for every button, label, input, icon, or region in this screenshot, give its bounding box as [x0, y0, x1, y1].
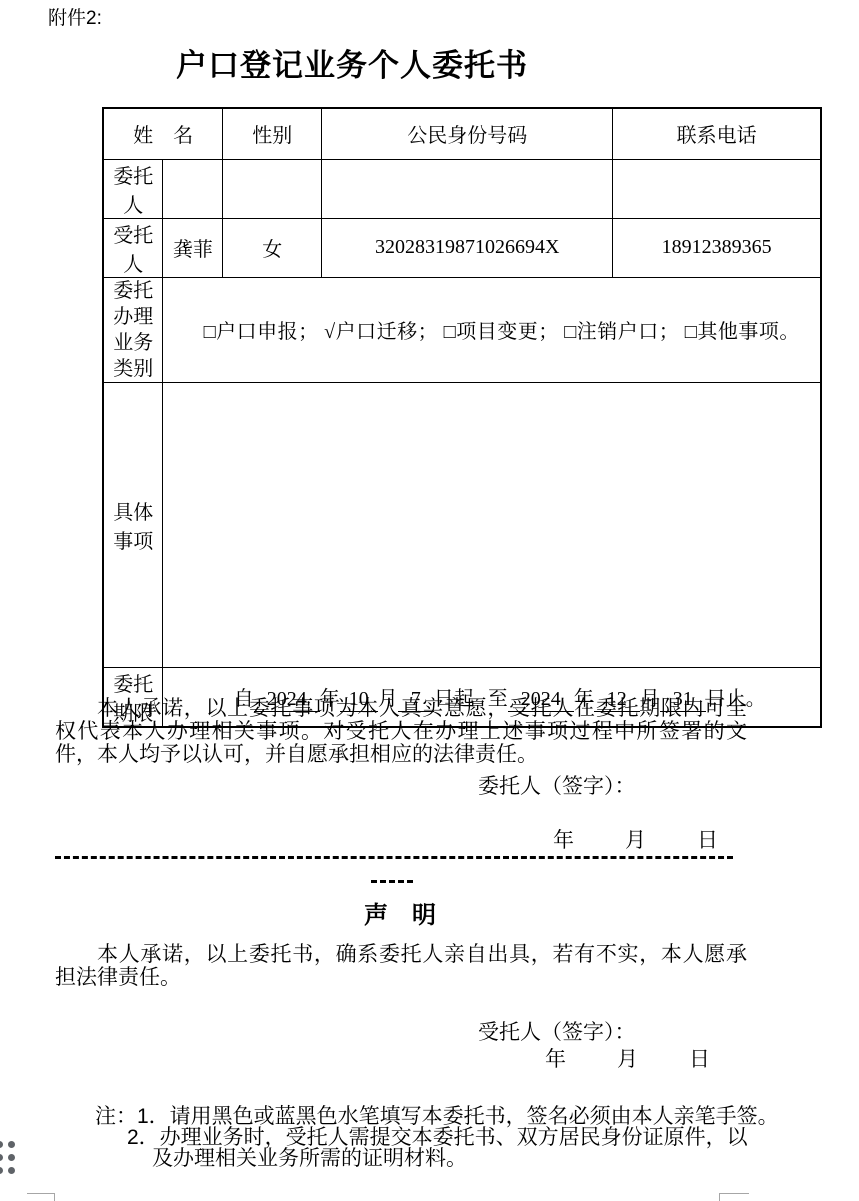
declaration-heading: 声 明	[55, 895, 745, 930]
declaration-date-line: 年 月 日	[545, 1043, 713, 1073]
business-type-label: 委托办理业务类别	[103, 277, 163, 382]
drag-handle-icon[interactable]	[0, 1141, 15, 1174]
page-split-dashed-rule-tail	[371, 880, 413, 883]
declaration-paragraph: 本人承诺，以上委托书，确系委托人亲自出具，若有不实，本人愿承担法律责任。	[55, 943, 747, 989]
page-corner-mark-left-icon	[27, 1193, 55, 1201]
drag-handle-dot	[0, 1154, 3, 1161]
principal-gender-cell	[223, 159, 322, 218]
attachment-label: 附件2:	[48, 3, 102, 30]
delegation-table: 姓 名 性别 公民身份号码 联系电话 委托人 受托人 龚菲 女 32028319…	[102, 107, 822, 728]
trustee-name-cell: 龚菲	[163, 218, 223, 277]
page-corner-mark-right-icon	[719, 1193, 749, 1201]
drag-handle-dot	[0, 1141, 3, 1148]
trustee-phone-cell: 18912389365	[613, 218, 821, 277]
page-title: 户口登记业务个人委托书	[0, 40, 704, 85]
specific-matters-label: 具体事项	[103, 382, 163, 667]
notes-block: 注：1．请用黑色或蓝黑色水笔填写本委托书，签名必须由本人亲笔手签。 2．办理业务…	[0, 1106, 859, 1169]
commitment-paragraph: 本人承诺，以上委托事项为本人真实意愿，受托人在委托期限内可全权代表本人办理相关事…	[55, 697, 747, 766]
principal-name-cell	[163, 159, 223, 218]
trustee-gender-cell: 女	[223, 218, 322, 277]
business-type-row: 委托办理业务类别 □户口申报； √户口迁移； □项目变更； □注销户口； □其他…	[103, 277, 821, 382]
trustee-row: 受托人 龚菲 女 32028319871026694X 18912389365	[103, 218, 821, 277]
principal-id-cell	[322, 159, 613, 218]
principal-phone-cell	[613, 159, 821, 218]
specific-matters-row: 具体事项	[103, 382, 821, 667]
page-split-dashed-rule	[55, 856, 733, 859]
header-phone: 联系电话	[613, 108, 821, 159]
trustee-label: 受托人	[103, 218, 163, 277]
drag-handle-dot	[8, 1167, 15, 1174]
drag-handle-dot	[8, 1154, 15, 1161]
principal-row: 委托人	[103, 159, 821, 218]
table-header-row: 姓 名 性别 公民身份号码 联系电话	[103, 108, 821, 159]
header-id-number: 公民身份号码	[322, 108, 613, 159]
principal-signature-label: 委托人（签字）：	[478, 770, 636, 800]
trustee-id-cell: 32028319871026694X	[322, 218, 613, 277]
trustee-signature-label: 受托人（签字）：	[478, 1016, 636, 1046]
drag-handle-dot	[0, 1167, 3, 1174]
specific-matters-cell	[163, 382, 821, 667]
commitment-date-line: 年 月 日	[553, 824, 721, 854]
note-line-2: 2．办理业务时，受托人需提交本委托书、双方居民身份证原件，以	[127, 1127, 859, 1148]
header-gender: 性别	[223, 108, 322, 159]
business-type-options: □户口申报； √户口迁移； □项目变更； □注销户口； □其他事项。	[163, 277, 821, 382]
note-line-3: 及办理相关业务所需的证明材料。	[152, 1148, 859, 1169]
header-name: 姓 名	[103, 108, 223, 159]
note-line-1: 注：1．请用黑色或蓝黑色水笔填写本委托书，签名必须由本人亲笔手签。	[95, 1106, 859, 1127]
drag-handle-dot	[8, 1141, 15, 1148]
principal-label: 委托人	[103, 159, 163, 218]
